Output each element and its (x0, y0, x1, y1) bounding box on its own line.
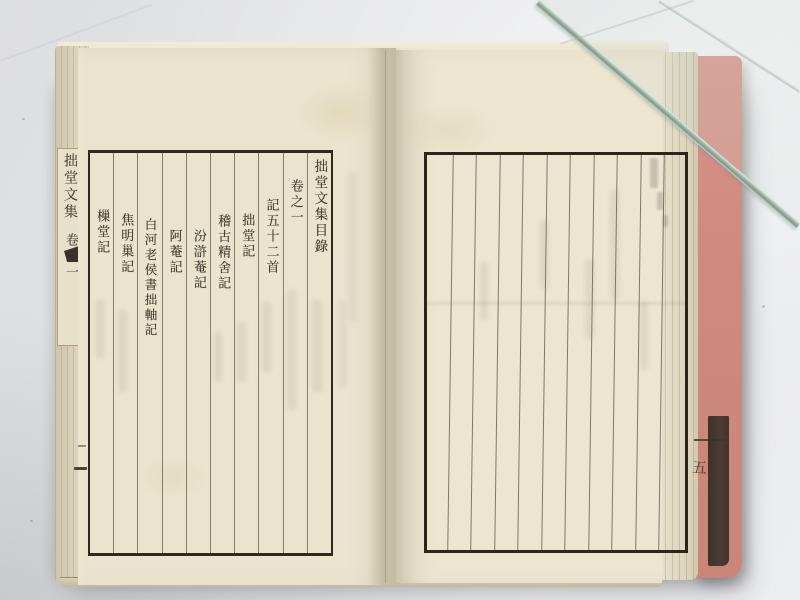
toc-entry-column: 阿菴記 (162, 153, 186, 553)
show-through-mark (348, 172, 358, 322)
show-through-mark (237, 322, 246, 382)
margin-scribble (650, 158, 658, 188)
dust-speck (30, 520, 33, 522)
show-through-mark (262, 302, 271, 372)
show-through-mark (540, 220, 548, 290)
center-fold-line (385, 50, 386, 583)
center-fold-shade (368, 48, 404, 585)
toc-count: 記五十二首 (261, 153, 280, 276)
show-through-mark (610, 190, 619, 300)
photo-of-open-book: { "book": { "cover_spine_label": { "titl… (0, 0, 800, 600)
show-through-mark (118, 310, 127, 392)
left-leaf-number-ichi (74, 467, 87, 470)
toc-entry: 樔堂記 (92, 153, 111, 256)
toc-entry-column: 汾滸菴記 (186, 153, 210, 553)
show-through-mark (338, 300, 347, 388)
toc-entry-column: 白河老侯書拙軸記 (137, 153, 161, 553)
margin-scribble (657, 192, 663, 210)
left-fold-mark (78, 445, 86, 447)
show-through-mark (287, 290, 296, 410)
show-through-mark (480, 262, 488, 320)
toc-entry: 拙堂記 (237, 153, 256, 260)
right-page-ruled-frame (424, 152, 688, 553)
dust-speck (22, 118, 25, 120)
dust-speck (762, 305, 765, 308)
show-through-mark (585, 260, 594, 340)
right-leaf-number-go: 五 (691, 456, 713, 477)
toc-title: 拙堂文集目錄 (309, 153, 329, 255)
toc-entry: 阿菴記 (165, 153, 184, 276)
show-through-mark (640, 300, 648, 370)
toc-entry: 汾滸菴記 (189, 153, 208, 291)
show-through-mark (312, 300, 322, 392)
show-through-mark (214, 332, 222, 382)
underleaf-frame-edge (694, 439, 725, 441)
toc-entry: 焦明巢記 (116, 153, 135, 275)
toc-entry: 白河老侯書拙軸記 (141, 153, 159, 338)
show-through-mark (96, 300, 104, 358)
toc-volume: 卷之一 (286, 153, 305, 226)
margin-scribble (663, 215, 668, 227)
toc-entry: 稽古精舍記 (213, 153, 232, 292)
